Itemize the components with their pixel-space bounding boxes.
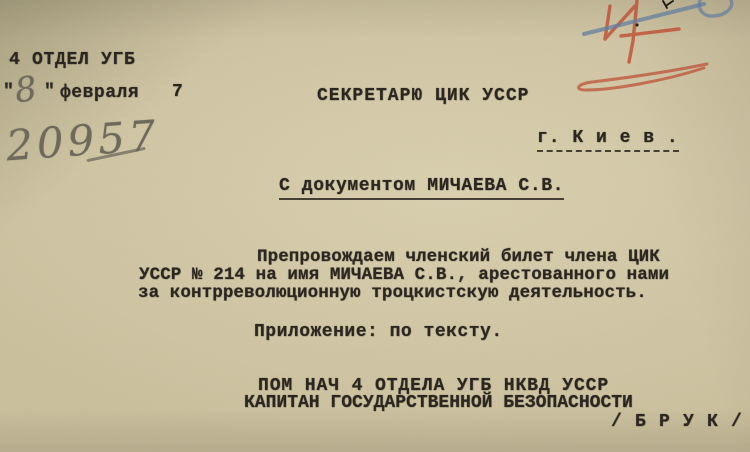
department-line: 4 ОТДЕЛ УГБ: [9, 50, 136, 71]
black-ink-tick: [663, 1, 673, 8]
signature-title-line2: КАПИТАН ГОСУДАРСТВЕННОЙ БЕЗОПАСНОСТИ: [244, 393, 633, 414]
body-line-3: за контрреволюционную троцкистскую деяте…: [138, 283, 647, 303]
red-crayon-resolution-mark: [605, 1, 679, 62]
handwritten-registration-number: 20957: [4, 111, 161, 171]
handwritten-day-numeral: 8: [13, 69, 39, 111]
date-open-quote: ": [3, 82, 14, 103]
signature-name: / Б Р У К /: [611, 412, 743, 433]
date-year-digit: 7: [172, 82, 183, 103]
document-page: 4 ОТДЕЛ УГБ " 8 " февраля 7 20957 СЕКРЕТ…: [0, 0, 750, 452]
city-line: г. К и е в .: [537, 128, 679, 152]
date-month: февраля: [60, 83, 139, 104]
ink-dot: [635, 23, 638, 26]
blue-pencil-strike: [584, 4, 704, 34]
blue-pencil-corner-mark: [699, 0, 731, 16]
date-close-quote: ": [44, 82, 55, 103]
enclosure-line: Приложение: по тексту.: [254, 322, 503, 343]
red-crayon-underline-loop: [579, 64, 707, 90]
subject-line: С документом МИЧАЕВА С.В.: [279, 176, 564, 200]
addressee-line: СЕКРЕТАРЮ ЦИК УССР: [317, 86, 529, 107]
